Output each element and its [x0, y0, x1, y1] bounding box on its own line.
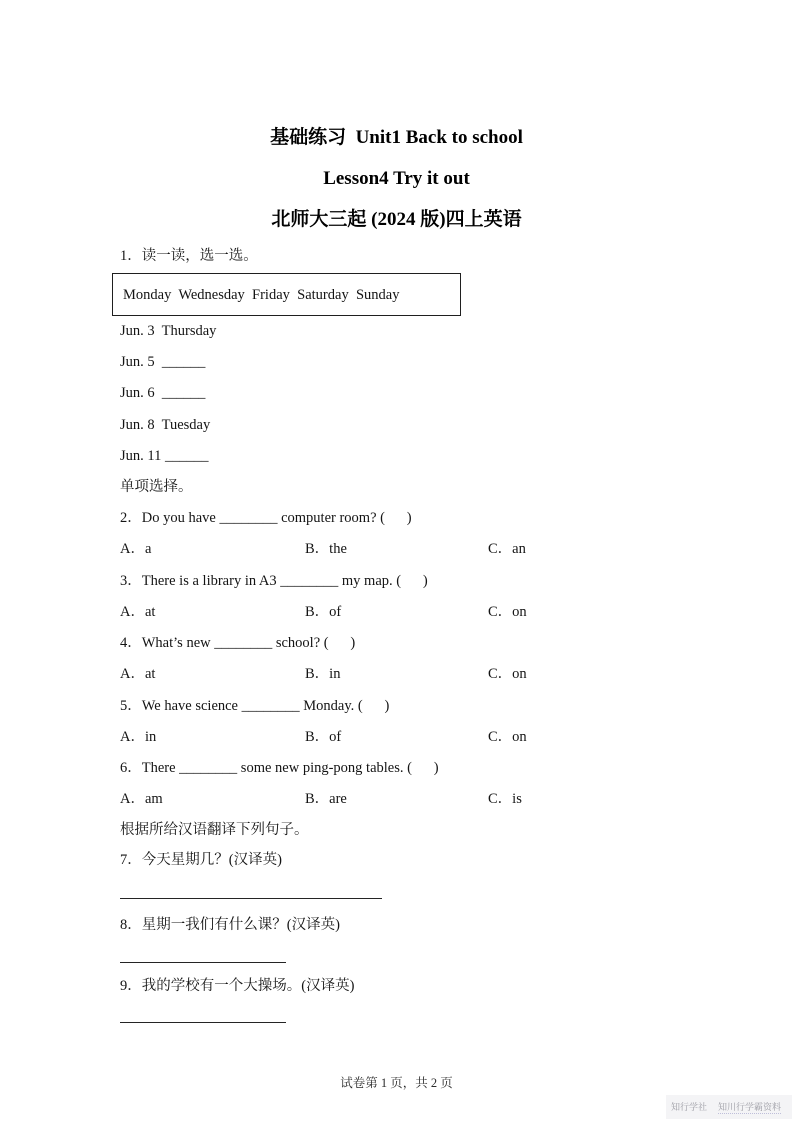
- question-4-options: A．at B．in C．on: [120, 664, 680, 685]
- question-3-option-a: A．at: [120, 602, 305, 623]
- question-2-stem: 2．Do you have ________ computer room? ( …: [120, 508, 412, 529]
- question-6-option-a: A．am: [120, 789, 305, 810]
- question-3-stem: 3．There is a library in A3 ________ my m…: [120, 571, 428, 592]
- question-5-option-c: C．on: [488, 727, 680, 748]
- question-4-option-a: A．at: [120, 664, 305, 685]
- question-1-instruction: 1．读一读，选一选。: [120, 246, 258, 267]
- question-2-option-a: A．a: [120, 539, 305, 560]
- question-6-option-c: C．is: [488, 789, 680, 810]
- date-matching-item-4: Jun. 8 Tuesday: [120, 415, 210, 436]
- question-7-stem: 7．今天星期几？(汉译英): [120, 850, 282, 871]
- watermark-right-text: 知川行学霸资料: [718, 1101, 781, 1114]
- worksheet-page: 基础练习 Unit1 Back to school Lesson4 Try it…: [0, 0, 793, 1122]
- question-7-answer-line: [120, 898, 382, 899]
- multiple-choice-instruction: 单项选择。: [120, 477, 193, 498]
- question-8-stem: 8．星期一我们有什么课？(汉译英): [120, 915, 340, 936]
- page-number-footer: 试卷第 1 页，共 2 页: [0, 1074, 793, 1092]
- question-6-stem: 6．There ________ some new ping-pong tabl…: [120, 758, 439, 779]
- watermark: 知行学社 知川行学霸资料: [666, 1095, 792, 1119]
- question-5-stem: 5．We have science ________ Monday. ( ): [120, 696, 389, 717]
- question-2-option-c: C．an: [488, 539, 680, 560]
- question-6-option-b: B．are: [305, 789, 488, 810]
- question-8-answer-line: [120, 962, 286, 963]
- question-3-option-b: B．of: [305, 602, 488, 623]
- date-matching-item-5: Jun. 11 ______: [120, 446, 208, 467]
- question-2-option-b: B．the: [305, 539, 488, 560]
- question-5-options: A．in B．of C．on: [120, 727, 680, 748]
- question-3-option-c: C．on: [488, 602, 680, 623]
- worksheet-title-line-2: Lesson4 Try it out: [0, 167, 793, 191]
- question-9-answer-line: [120, 1022, 286, 1023]
- date-matching-item-1: Jun. 3 Thursday: [120, 321, 216, 342]
- question-5-option-a: A．in: [120, 727, 305, 748]
- question-4-stem: 4．What’s new ________ school? ( ): [120, 633, 355, 654]
- translation-instruction: 根据所给汉语翻译下列句子。: [120, 820, 309, 841]
- word-bank-box: Monday Wednesday Friday Saturday Sunday: [112, 273, 461, 316]
- word-bank-words: Monday Wednesday Friday Saturday Sunday: [123, 285, 399, 306]
- question-9-stem: 9．我的学校有一个大操场。(汉译英): [120, 976, 354, 997]
- question-4-option-c: C．on: [488, 664, 680, 685]
- question-5-option-b: B．of: [305, 727, 488, 748]
- worksheet-title-line-1: 基础练习 Unit1 Back to school: [0, 126, 793, 150]
- question-3-options: A．at B．of C．on: [120, 602, 680, 623]
- question-6-options: A．am B．are C．is: [120, 789, 680, 810]
- question-2-options: A．a B．the C．an: [120, 539, 680, 560]
- question-4-option-b: B．in: [305, 664, 488, 685]
- date-matching-item-3: Jun. 6 ______: [120, 383, 205, 404]
- date-matching-item-2: Jun. 5 ______: [120, 352, 205, 373]
- worksheet-title-line-3: 北师大三起 (2024 版)四上英语: [0, 208, 793, 232]
- watermark-left-text: 知行学社: [671, 1101, 707, 1113]
